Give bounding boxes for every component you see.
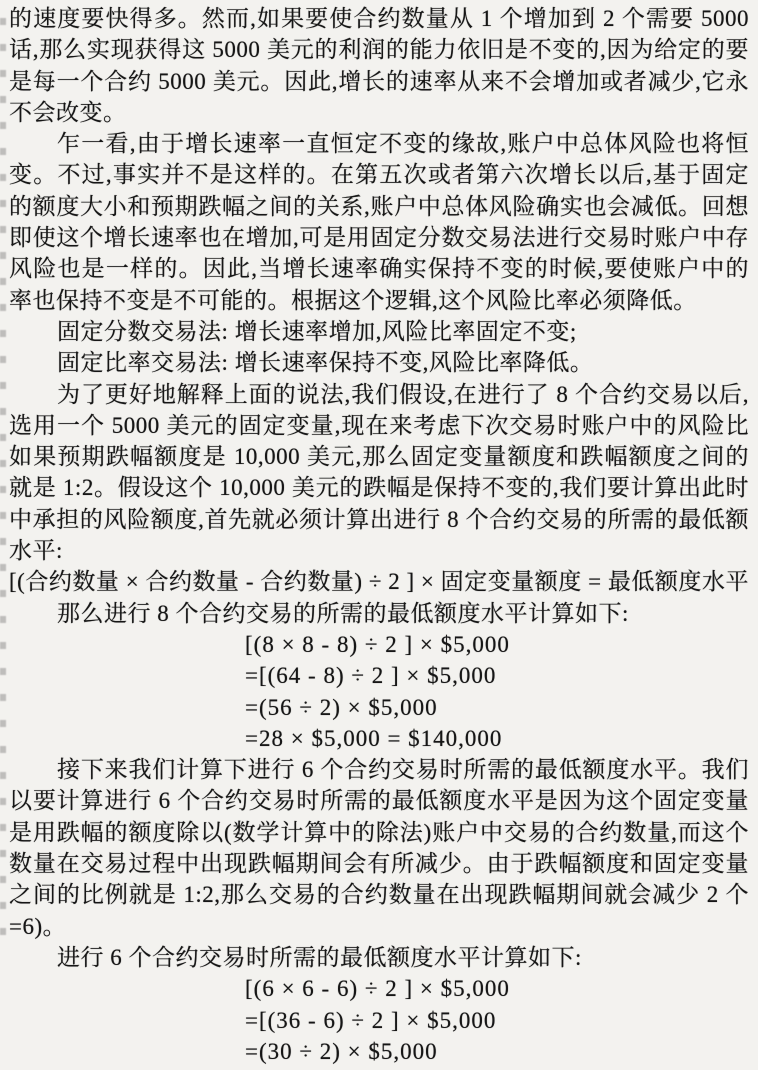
text-line: =6)。 [9, 911, 749, 942]
text-line: 那么进行 8 个合约交易的所需的最低额度水平计算如下: [9, 598, 749, 629]
text-line: =28 × $5,000 = $140,000 [9, 723, 749, 754]
text-line: 的速度要快得多。然而,如果要使合约数量从 1 个增加到 2 个需要 5000 美… [9, 3, 749, 34]
lead-in-8-contract-calculation: 那么进行 8 个合约交易的所需的最低额度水平计算如下: [9, 598, 749, 629]
text-line: =[(64 - 8) ÷ 2 ] × $5,000 [9, 660, 749, 691]
text-line: 的额度大小和预期跌幅之间的关系,账户中总体风险确实也会减低。回想下, [9, 191, 749, 222]
text-line: 接下来我们计算下进行 6 个合约交易时所需的最低额度水平。我们之所 [9, 754, 749, 785]
text-line: 水平: [9, 535, 749, 566]
text-line: 乍一看,由于增长速率一直恒定不变的缘故,账户中总体风险也将恒定不 [9, 128, 749, 159]
text-line: 风险也是一样的。因此,当增长速率确实保持不变的时候,要使账户中的风险 [9, 253, 749, 284]
text-line: 选用一个 5000 美元的固定变量,现在来考虑下次交易时账户中的风险比率。 [9, 410, 749, 441]
text-line: [(合约数量 × 合约数量 - 合约数量) ÷ 2 ] × 固定变量额度 = 最… [9, 566, 749, 597]
lead-in-6-contract-calculation: 进行 6 个合约交易时所需的最低额度水平计算如下: [9, 942, 749, 973]
text-line: 如果预期跌幅额度是 10,000 美元,那么固定变量额度和跌幅额度之间的比例 [9, 441, 749, 472]
text-line: [(8 × 8 - 8) ÷ 2 ] × $5,000 [9, 629, 749, 660]
text-line: =(30 ÷ 2) × $5,000 [9, 1036, 749, 1067]
paragraph-why-6-contracts: 接下来我们计算下进行 6 个合约交易时所需的最低额度水平。我们之所以要计算进行 … [9, 754, 749, 942]
text-line: 即使这个增长速率也在增加,可是用固定分数交易法进行交易时账户中存在的 [9, 222, 749, 253]
statement-fixed-ratio: 固定比率交易法: 增长速率保持不变,风险比率降低。 [9, 347, 749, 378]
paragraph-example-8-contracts: 为了更好地解释上面的说法,我们假设,在进行了 8 个合约交易以后,我们选用一个 … [9, 379, 749, 567]
text-line: =(56 ÷ 2) × $5,000 [9, 692, 749, 723]
text-line: =[(36 - 6) ÷ 2 ] × $5,000 [9, 1005, 749, 1036]
statement-fixed-fractional: 固定分数交易法: 增长速率增加,风险比率固定不变; [9, 316, 749, 347]
paragraph-growth-rate-constant: 的速度要快得多。然而,如果要使合约数量从 1 个增加到 2 个需要 5000 美… [9, 3, 749, 128]
equation-block-6-contracts: [(6 × 6 - 6) ÷ 2 ] × $5,000=[(36 - 6) ÷ … [9, 973, 749, 1067]
formula-minimum-level: [(合约数量 × 合约数量 - 合约数量) ÷ 2 ] × 固定变量额度 = 最… [9, 566, 749, 597]
text-line: 率也保持不变是不可能的。根据这个逻辑,这个风险比率必须降低。 [9, 285, 749, 316]
text-line: 数量在交易过程中出现跌幅期间会有所减少。由于跌幅额度和固定变量额度 [9, 848, 749, 879]
text-line: 不会改变。 [9, 97, 749, 128]
text-line: 变。不过,事实并不是这样的。在第五次或者第六次增长以后,基于固定变量 [9, 159, 749, 190]
text-line: 是每一个合约 5000 美元。因此,增长的速率从来不会增加或者减少,它永远都 [9, 66, 749, 97]
text-line: 固定分数交易法: 增长速率增加,风险比率固定不变; [9, 316, 749, 347]
text-line: 是用跌幅的额度除以(数学计算中的除法)账户中交易的合约数量,而这个合约 [9, 817, 749, 848]
text-line: 以要计算进行 6 个合约交易时所需的最低额度水平是因为这个固定变量额度 [9, 785, 749, 816]
text-line: 中承担的风险额度,首先就必须计算出进行 8 个合约交易的所需的最低额度 [9, 504, 749, 535]
scan-edge-artifact [0, 18, 6, 948]
equation-block-8-contracts: [(8 × 8 - 8) ÷ 2 ] × $5,000=[(64 - 8) ÷ … [9, 629, 749, 754]
text-line: 固定比率交易法: 增长速率保持不变,风险比率降低。 [9, 347, 749, 378]
book-page: 的速度要快得多。然而,如果要使合约数量从 1 个增加到 2 个需要 5000 美… [0, 0, 758, 1070]
text-line: 进行 6 个合约交易时所需的最低额度水平计算如下: [9, 942, 749, 973]
text-line: 之间的比例就是 1:2,那么交易的合约数量在出现跌幅期间就会减少 2 个(8 -… [9, 879, 749, 910]
text-line: 话,那么实现获得这 5000 美元的利润的能力依旧是不变的,因为给定的要求就 [9, 34, 749, 65]
text-line: 为了更好地解释上面的说法,我们假设,在进行了 8 个合约交易以后,我们 [9, 379, 749, 410]
paragraph-risk-must-decline: 乍一看,由于增长速率一直恒定不变的缘故,账户中总体风险也将恒定不变。不过,事实并… [9, 128, 749, 316]
text-line: 就是 1:2。假设这个 10,000 美元的跌幅是保持不变的,我们要计算出此时账… [9, 472, 749, 503]
page-text: 的速度要快得多。然而,如果要使合约数量从 1 个增加到 2 个需要 5000 美… [9, 3, 749, 1067]
text-line: [(6 × 6 - 6) ÷ 2 ] × $5,000 [9, 973, 749, 1004]
